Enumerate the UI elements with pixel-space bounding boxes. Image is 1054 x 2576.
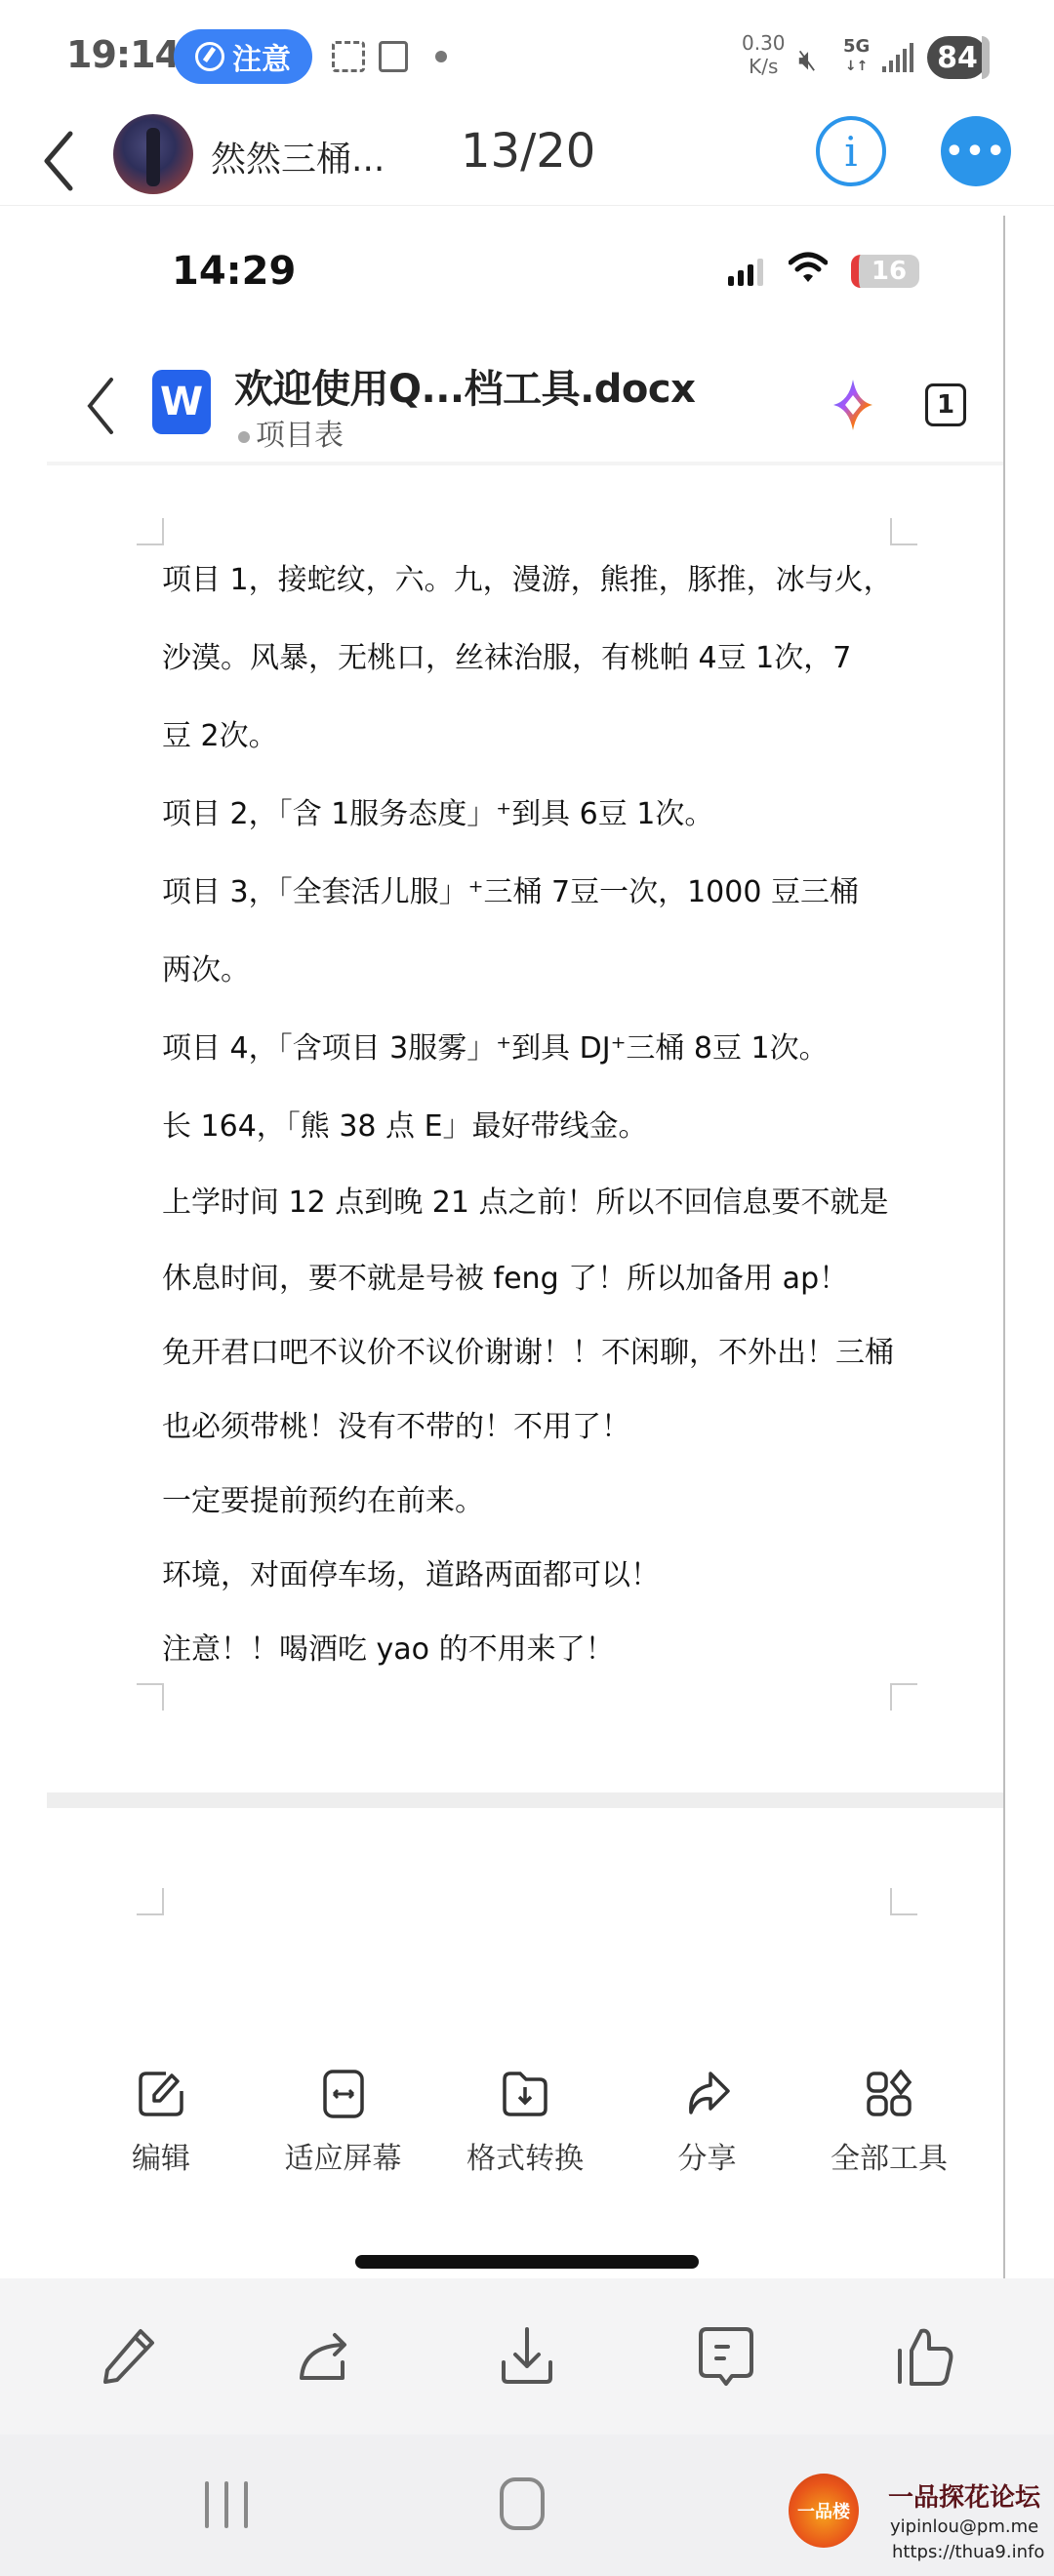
network-speed: 0.30 K/s — [742, 31, 786, 78]
tool-label: 分享 — [678, 2134, 737, 2177]
word-doc-icon: W — [152, 370, 211, 434]
tool-label: 适应屏幕 — [285, 2134, 402, 2177]
system-nav-bar: 一品楼 一品探花论坛 yipinlou@pm.me https://thua9.… — [0, 2435, 1054, 2576]
all-tools-icon — [865, 2070, 913, 2118]
word-letter: W — [160, 380, 203, 424]
divider — [1003, 216, 1005, 2279]
notice-pill[interactable]: 注意 — [174, 29, 312, 84]
document-line: 项目 2，「含 1服务态度」⁺到具 6豆 1次。 — [162, 795, 713, 834]
divider — [47, 462, 1003, 465]
document-tag: 项目表 — [238, 411, 344, 454]
document-line: 一定要提前预约在前来。 — [162, 1482, 484, 1521]
embedded-battery-icon: 16 — [851, 255, 919, 288]
document-line: 注意！！喝酒吃 yao 的不用来了！ — [162, 1630, 615, 1670]
mute-icon: 🔇︎ — [798, 43, 817, 77]
embedded-home-indicator — [355, 2255, 699, 2269]
window-icon — [379, 41, 408, 72]
pencil-icon — [98, 2325, 160, 2388]
page-corner-mark — [137, 1683, 164, 1711]
recent-apps-icon — [205, 2481, 209, 2528]
info-button[interactable]: i — [816, 116, 886, 186]
embedded-battery-level: 16 — [872, 257, 907, 286]
download-button[interactable] — [488, 2317, 566, 2395]
comment-button[interactable] — [687, 2317, 765, 2395]
document-line: 项目 3，「全套活儿服」⁺三桶 7豆一次，1000 豆三桶 — [162, 873, 859, 912]
page-count: 1 — [937, 390, 954, 420]
fit-screen-icon — [319, 2070, 368, 2118]
tag-icon — [238, 431, 250, 443]
embedded-screenshot: 14:29 16 W 欢迎使用Q...档工具.docx 项目表 1 项 — [0, 205, 1054, 2278]
document-line: 长 164，「熊 38 点 E」最好带线金。 — [162, 1107, 648, 1147]
forward-icon — [294, 2325, 362, 2388]
notice-icon — [195, 42, 224, 71]
embedded-status-time: 14:29 — [172, 249, 296, 294]
document-line: 上学时间 12 点到晚 21 点之前！所以不回信息要不就是 — [162, 1184, 889, 1223]
embedded-signal-icon — [728, 259, 763, 286]
embedded-back-icon — [82, 372, 121, 440]
page-corner-mark — [890, 1888, 917, 1915]
document-toolbar: 编辑 适应屏幕 格式转换 分享 — [47, 2070, 1003, 2206]
document-line: 也必须带桃！没有不带的！不用了！ — [162, 1408, 630, 1447]
document-line: 免开君口吧不议价不议价谢谢！！不闲聊，不外出！三桶 — [162, 1334, 894, 1373]
document-line: 沙漠。风暴，无桃口，丝袜治服，有桃帕 4豆 1次，7 — [162, 639, 851, 678]
share-icon — [683, 2070, 732, 2118]
tool-edit[interactable]: 编辑 — [78, 2070, 244, 2206]
net-speed-value: 0.30 — [742, 31, 786, 55]
net-speed-unit: K/s — [742, 55, 786, 78]
viewer-header: 然然三桶... 13/20 i ••• — [0, 112, 1054, 205]
forward-button[interactable] — [289, 2317, 367, 2395]
action-bar — [0, 2278, 1054, 2435]
more-button[interactable]: ••• — [941, 116, 1011, 186]
watermark-logo-text: 一品楼 — [797, 2498, 850, 2523]
tool-label: 编辑 — [132, 2134, 190, 2177]
page-break — [47, 1792, 1003, 1808]
screenshot-icon — [332, 41, 365, 72]
signal-icon — [882, 43, 913, 72]
status-time: 19:14 — [66, 33, 180, 76]
ai-sparkle-icon — [831, 378, 874, 432]
comment-icon — [695, 2325, 757, 2388]
watermark-email: yipinlou@pm.me — [890, 2516, 1038, 2537]
document-title: 欢迎使用Q...档工具.docx — [234, 358, 695, 414]
download-icon — [496, 2325, 558, 2388]
thumbs-up-icon — [894, 2325, 956, 2388]
format-convert-icon — [501, 2070, 549, 2118]
page-count-badge: 1 — [925, 383, 966, 426]
data-arrows-icon: ↓↑ — [843, 57, 870, 76]
document-line: 豆 2次。 — [162, 717, 278, 756]
watermark-logo: 一品楼 — [789, 2474, 859, 2548]
page-corner-mark — [137, 1888, 164, 1915]
edit-button[interactable] — [90, 2317, 168, 2395]
document-line: 两次。 — [162, 951, 250, 990]
more-icon: ••• — [945, 135, 1007, 169]
network-type: 5G ↓↑ — [843, 37, 870, 76]
notification-dot-icon — [435, 51, 447, 62]
notice-label: 注意 — [232, 35, 291, 78]
watermark-url: https://thua9.info — [892, 2542, 1044, 2562]
page-corner-mark — [890, 518, 917, 545]
tool-share[interactable]: 分享 — [625, 2070, 790, 2206]
tool-label: 全部工具 — [831, 2134, 948, 2177]
tool-all-tools[interactable]: 全部工具 — [806, 2070, 972, 2206]
page-corner-mark — [890, 1683, 917, 1711]
avatar[interactable] — [113, 114, 193, 194]
like-button[interactable] — [886, 2317, 964, 2395]
contact-name[interactable]: 然然三桶... — [211, 132, 385, 181]
back-icon[interactable] — [35, 122, 84, 200]
network-label: 5G — [843, 37, 870, 57]
tool-fit-screen[interactable]: 适应屏幕 — [261, 2070, 426, 2206]
status-bar: 19:14 注意 0.30 K/s 🔇︎ 5G ↓↑ 84 — [0, 0, 1054, 112]
page-corner-mark — [137, 518, 164, 545]
document-line: 项目 4，「含项目 3服雾」⁺到具 DJ⁺三桶 8豆 1次。 — [162, 1029, 829, 1068]
document-line: 休息时间，要不就是号被 feng 了！所以加备用 ap！ — [162, 1260, 848, 1299]
document-tag-label: 项目表 — [256, 419, 344, 453]
home-button[interactable] — [500, 2477, 545, 2530]
wifi-icon — [789, 251, 828, 286]
document-line: 环境，对面停车场，道路两面都可以！ — [162, 1556, 660, 1595]
recent-apps-button[interactable] — [205, 2481, 248, 2528]
battery-level: 84 — [937, 41, 978, 75]
document-line: 项目 1，接蛇纹，六。九，漫游，熊推，豚推，冰与火， — [162, 561, 893, 600]
tool-format-convert[interactable]: 格式转换 — [442, 2070, 608, 2206]
edit-icon — [137, 2070, 185, 2118]
tool-label: 格式转换 — [466, 2134, 584, 2177]
battery-icon: 84 — [927, 36, 988, 79]
image-counter: 13/20 — [461, 124, 595, 179]
info-icon: i — [844, 128, 857, 176]
watermark-title: 一品探花论坛 — [888, 2477, 1040, 2514]
